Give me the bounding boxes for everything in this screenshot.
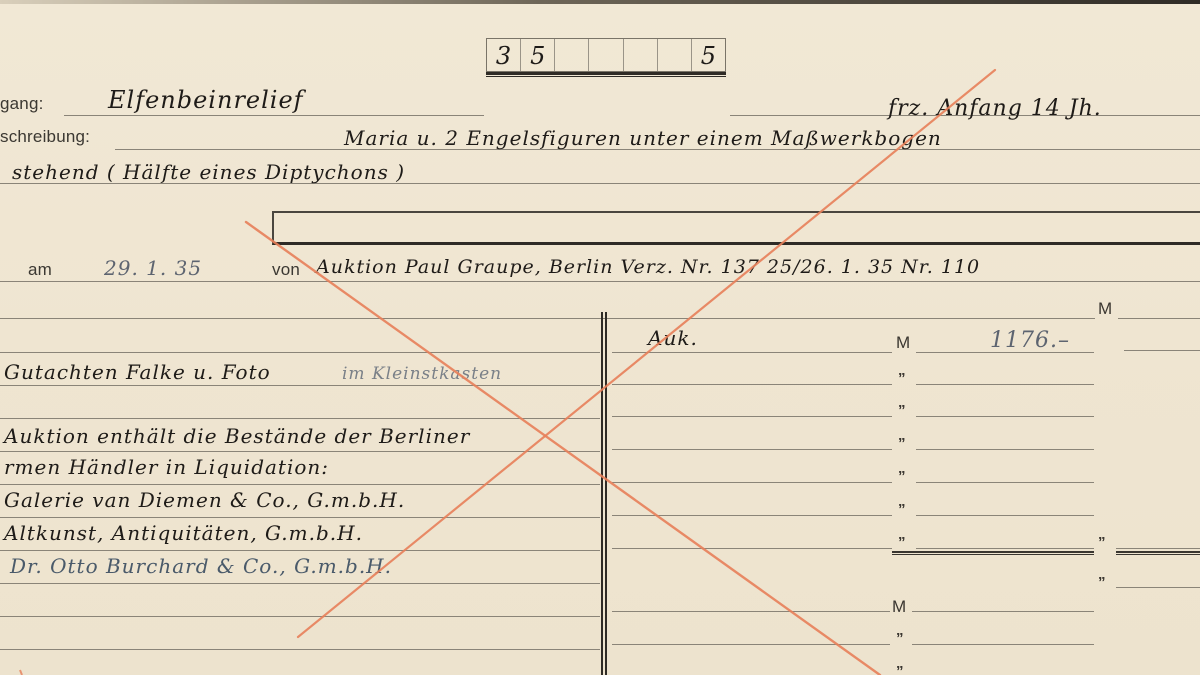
ledger-rule <box>612 548 892 549</box>
ledger-rule <box>916 515 1094 516</box>
left-rule <box>0 484 600 485</box>
ledger-rule <box>916 352 1094 353</box>
ledger-rule <box>612 352 892 353</box>
number-cell <box>658 39 692 71</box>
left-rule <box>0 418 600 419</box>
note-line-6: Dr. Otto Burchard & Co., G.m.b.H. <box>10 554 392 578</box>
number-box-underline <box>486 72 726 77</box>
ledger-rule <box>912 611 1094 612</box>
ledger-rule <box>612 449 892 450</box>
left-rule <box>0 649 600 650</box>
number-cell <box>555 39 589 71</box>
rule-318 <box>0 318 1095 319</box>
ditto-mark: ” <box>898 534 906 551</box>
ditto-mark: ” <box>898 402 906 419</box>
ledger-rule <box>612 644 890 645</box>
note-line-3: rmen Händler in Liquidation: <box>4 455 329 479</box>
left-rule <box>0 352 600 353</box>
ledger-rule-far <box>1116 548 1200 549</box>
currency-label-lower: M <box>892 597 906 617</box>
ledger-rule <box>612 611 890 612</box>
archive-index-card: 3 5 5 gang: Elfenbeinrelief frz. Anfang … <box>0 0 1200 675</box>
ledger-rule-far <box>1116 587 1200 588</box>
seller-source: Auktion Paul Graupe, Berlin Verz. Nr. 13… <box>316 256 980 278</box>
von-label: von <box>272 260 300 280</box>
number-cell <box>589 39 623 71</box>
currency-label: M <box>896 333 910 353</box>
sum-double-rule <box>892 551 1094 555</box>
ditto-mark: ” <box>898 501 906 518</box>
sum-double-rule-far <box>1116 551 1200 555</box>
acquisition-date: 29. 1. 35 <box>104 256 202 280</box>
ledger-rule <box>916 482 1094 483</box>
left-rule <box>0 550 600 551</box>
description-line-1: Maria u. 2 Engelsfiguren unter einem Maß… <box>344 126 942 150</box>
ledger-rule <box>916 548 1094 549</box>
eingang-value: Elfenbeinrelief <box>108 86 304 114</box>
number-cell: 5 <box>521 39 555 71</box>
ditto-mark: ” <box>1098 574 1106 591</box>
beschreibung-label: schreibung: <box>0 127 90 147</box>
column-divider <box>601 312 607 675</box>
ledger-rule <box>912 644 1094 645</box>
ditto-mark: ” <box>898 468 906 485</box>
ledger-rule-far <box>1124 350 1200 351</box>
left-rule <box>0 451 600 452</box>
ledger-rule <box>916 449 1094 450</box>
ditto-mark: ” <box>896 630 904 647</box>
ledger-rule <box>612 416 892 417</box>
am-label: am <box>28 260 52 280</box>
ditto-mark: ” <box>896 663 904 675</box>
ledger-rule <box>612 515 892 516</box>
rule-318-right <box>1118 318 1200 319</box>
price-amount: 1176.– <box>990 328 1070 353</box>
dating-note: frz. Anfang 14 Jh. <box>888 96 1102 121</box>
ledger-rule <box>612 384 892 385</box>
am-von-rule <box>0 281 1200 282</box>
left-rule <box>0 583 600 584</box>
ledger-rule <box>916 416 1094 417</box>
card-top-edge <box>0 0 1200 4</box>
auction-abbrev: Auk. <box>648 326 698 350</box>
ledger-rule <box>916 384 1094 385</box>
currency-label-top: M <box>1098 299 1112 319</box>
inventory-number-box: 3 5 5 <box>486 38 726 72</box>
ledger-rule <box>612 482 892 483</box>
left-rule <box>0 616 600 617</box>
note-line-2: Auktion enthält die Bestände der Berline… <box>4 424 470 448</box>
number-cell <box>624 39 658 71</box>
ditto-mark: ” <box>898 370 906 387</box>
left-rule <box>0 517 600 518</box>
eingang-rule <box>64 115 484 116</box>
eingang-label: gang: <box>0 94 44 114</box>
number-cell: 3 <box>487 39 521 71</box>
note-line-1: Gutachten Falke u. Foto <box>4 360 271 384</box>
ditto-mark: ” <box>898 435 906 452</box>
ditto-mark: ” <box>1098 534 1106 551</box>
note-line-4: Galerie van Diemen & Co., G.m.b.H. <box>4 488 405 512</box>
number-cell: 5 <box>692 39 725 71</box>
empty-frame-box <box>272 211 1200 245</box>
description-line-2: stehend ( Hälfte eines Diptychons ) <box>12 160 405 184</box>
note-line-1-pencil: im Kleinstkasten <box>342 364 502 384</box>
left-rule <box>0 385 600 386</box>
note-line-5: Altkunst, Antiquitäten, G.m.b.H. <box>4 521 363 545</box>
